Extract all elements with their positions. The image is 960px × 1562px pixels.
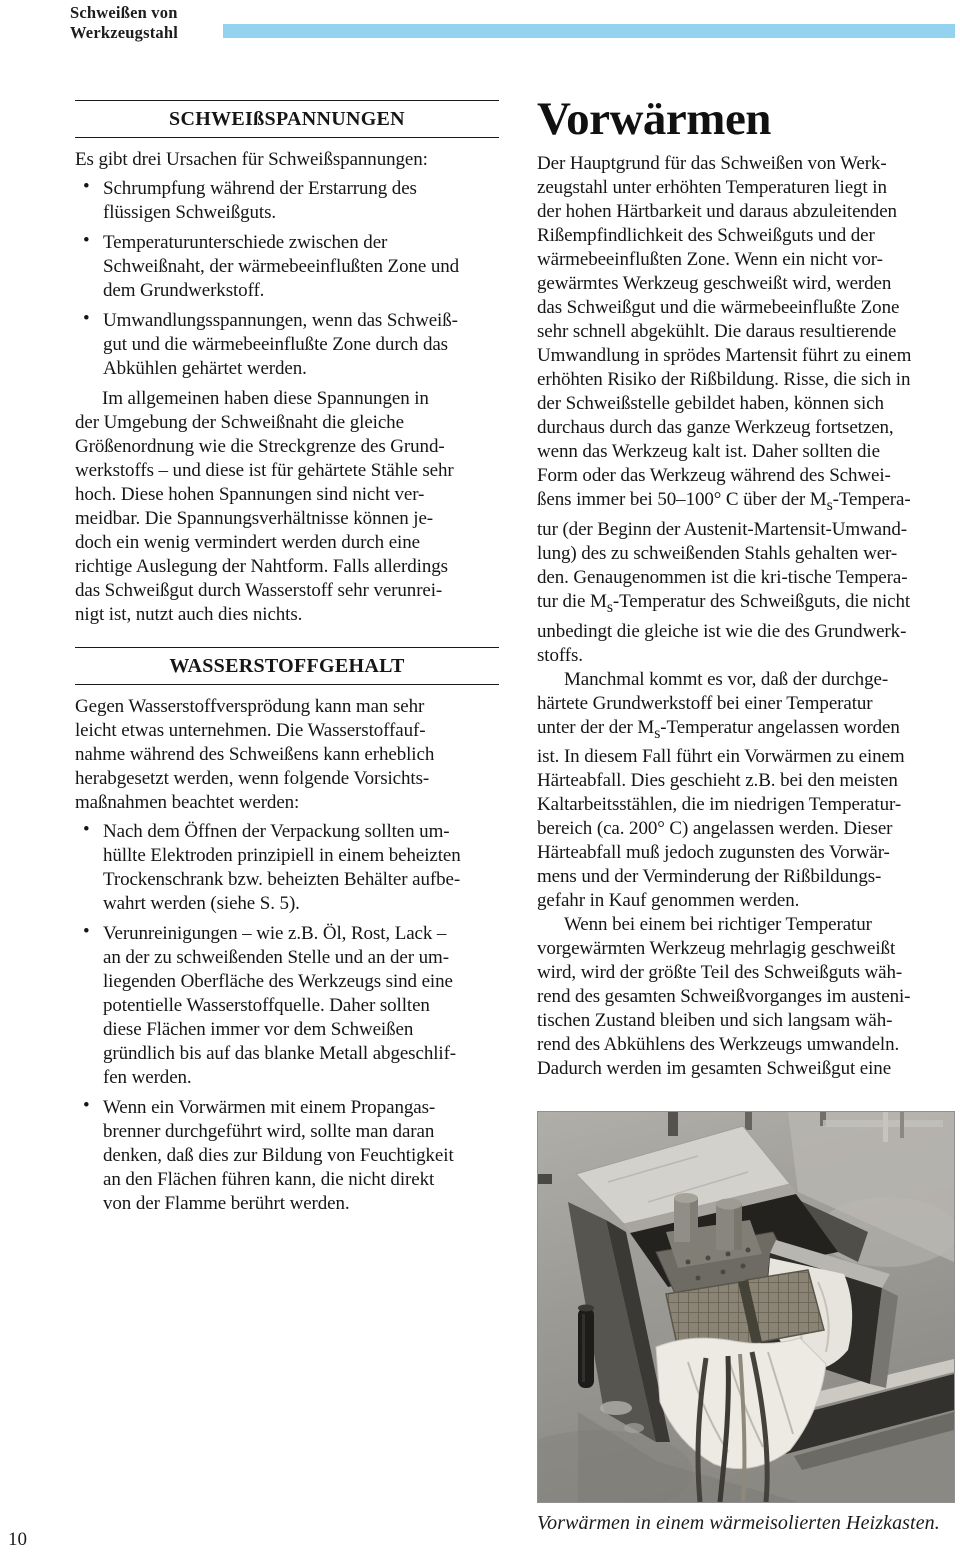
bullet-icon: • xyxy=(83,1095,90,1117)
list-item: • Wenn ein Vorwärmen mit einem Propangas… xyxy=(75,1096,499,1216)
bullet-icon: • xyxy=(83,819,90,841)
left-column: SCHWEIßSPANNUNGEN Es gibt drei Ursachen … xyxy=(75,100,499,1222)
bullet-icon: • xyxy=(83,176,90,198)
paragraph-vorwaermen-3: Wenn bei einem bei richtiger Temperatur … xyxy=(537,913,957,1081)
header-title: Schweißen von Werkzeugstahl xyxy=(70,3,178,42)
list-item: • Verunreinigungen – wie z.B. Öl, Rost, … xyxy=(75,922,499,1090)
list-item: • Schrumpfung während der Erstarrung des… xyxy=(75,177,499,225)
document-page: Schweißen von Werkzeugstahl SCHWEIßSPANN… xyxy=(0,0,960,1562)
paragraph-hydrogen-intro: Gegen Wasserstoffversprödung kann man se… xyxy=(75,695,499,815)
article-heading: Vorwärmen xyxy=(537,94,957,144)
list-item-text: Schrumpfung während der Erstarrung des f… xyxy=(103,178,417,223)
page-number: 10 xyxy=(8,1529,27,1551)
list-item-text: Temperaturunterschiede zwischen der Schw… xyxy=(103,232,459,301)
list-item-text: Umwandlungsspannungen, wenn das Schweiß-… xyxy=(103,310,458,379)
right-column: Vorwärmen Der Hauptgrund für das Schweiß… xyxy=(537,94,957,1535)
list-item: • Nach dem Öffnen der Verpackung sollten… xyxy=(75,820,499,916)
paragraph-causes-intro: Es gibt drei Ursachen für Schweißspannun… xyxy=(75,148,499,172)
bullet-icon: • xyxy=(83,921,90,943)
paragraph-vorwaermen-1: Der Hauptgrund für das Schweißen von Wer… xyxy=(537,152,957,668)
photo-caption: Vorwärmen in einem wärmeisolierten Heizk… xyxy=(537,1512,957,1535)
list-item: • Umwandlungsspannungen, wenn das Schwei… xyxy=(75,309,499,381)
section-heading-schweissspannungen: SCHWEIßSPANNUNGEN xyxy=(75,100,499,138)
header-accent-bar xyxy=(223,24,955,38)
bullet-icon: • xyxy=(83,230,90,252)
photo-heizkasten xyxy=(537,1111,955,1503)
list-item-text: Nach dem Öffnen der Verpackung sollten u… xyxy=(103,821,461,914)
section-heading-wasserstoffgehalt: WASSERSTOFFGEHALT xyxy=(75,647,499,685)
list-item-text: Wenn ein Vorwärmen mit einem Propangas- … xyxy=(103,1097,454,1214)
paragraph-vorwaermen-2: Manchmal kommt es vor, daß der durchge- … xyxy=(537,668,957,914)
paragraph-stresses: Im allgemeinen haben diese Spannungen in… xyxy=(75,387,499,627)
heizkasten-illustration xyxy=(538,1112,954,1502)
header-title-line2: Werkzeugstahl xyxy=(70,23,178,43)
list-item-text: Verunreinigungen – wie z.B. Öl, Rost, La… xyxy=(103,923,456,1088)
bullet-icon: • xyxy=(83,308,90,330)
header-title-line1: Schweißen von xyxy=(70,3,178,23)
list-item: • Temperaturunterschiede zwischen der Sc… xyxy=(75,231,499,303)
